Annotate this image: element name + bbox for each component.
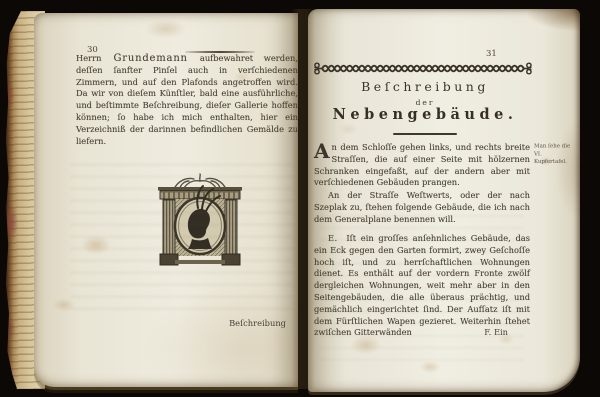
right-paragraph-2: An der Straſſe Weſtwerts, oder der nach … bbox=[314, 190, 530, 225]
right-catchword: F. Ein bbox=[408, 327, 508, 337]
drop-cap-initial: A bbox=[314, 142, 332, 159]
right-paragraph-3: E. Iſt ein groſſes anſehnliches Gebäude,… bbox=[314, 233, 530, 339]
ornamental-headband-icon bbox=[312, 60, 538, 73]
title-rule bbox=[393, 133, 457, 135]
building-label: E. bbox=[328, 233, 342, 243]
paragraph-text: Iſt ein groſſes anſehnliches Gebäude, da… bbox=[314, 233, 530, 337]
person-name-emphasis: Grundemann bbox=[101, 53, 199, 64]
paragraph-text: Herrn bbox=[76, 53, 101, 63]
chapter-title-line1: Beſchreibung bbox=[314, 79, 536, 94]
left-page-paragraph: Herrn Grundemann aufbewahret werden, deſ… bbox=[76, 53, 298, 147]
paragraph-text: aufbewahret werden, deſſen ſanfter Pinſe… bbox=[76, 53, 298, 146]
left-page: 30 Herrn Grundemann aufbewahret werden, … bbox=[34, 13, 298, 387]
right-page-number: 31 bbox=[486, 49, 497, 59]
chapter-title-line3: Nebengebäude. bbox=[314, 106, 536, 123]
margin-note: Man ſehe die VI. Kupfertafel. bbox=[534, 142, 572, 166]
right-paragraph-1: An dem Schloſſe gehen links, und rechts … bbox=[314, 142, 530, 189]
left-catchword: Beſchreibung bbox=[229, 318, 286, 328]
paragraph-text: n dem Schloſſe gehen links, und rechts b… bbox=[314, 142, 530, 187]
engraving-vignette-icon bbox=[154, 173, 246, 273]
right-page: 31 Beſchreibung der Nebengebäude. An dem… bbox=[308, 9, 580, 392]
book-photograph: 30 Herrn Grundemann aufbewahret werden, … bbox=[0, 0, 600, 397]
